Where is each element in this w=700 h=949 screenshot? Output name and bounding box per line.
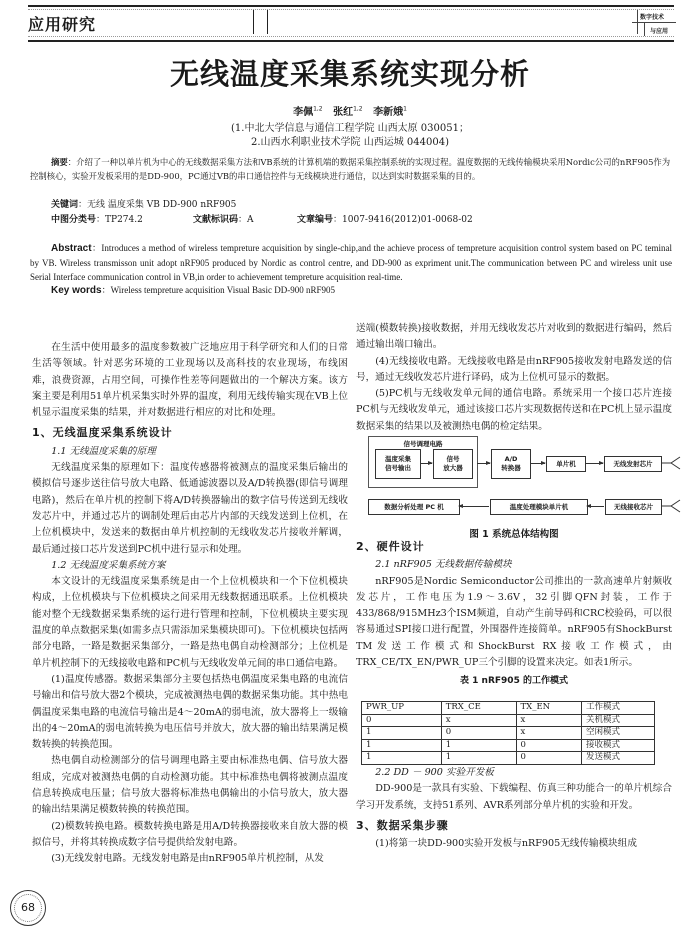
doc-code: 文献标识码：A — [193, 212, 254, 225]
table-cell: 发送模式 — [582, 752, 655, 765]
section-heading: 1、无线温度采集系统设计 — [32, 425, 348, 441]
body-column-right-mid: 2、硬件设计 2.1 nRF905 无线数据传输模块 nRF905是Nordic… — [356, 539, 672, 690]
table-caption: 表 1 nRF905 的工作模式 — [356, 673, 672, 689]
page-number: 68 — [11, 901, 45, 914]
table-cell: 空闲模式 — [582, 727, 655, 740]
affiliation-line: 2.山西水利职业技术学院 山西运城 044004) — [0, 133, 700, 148]
arrow-left-icon — [459, 506, 489, 507]
body-column-right-bottom: 2.2 DD － 900 实验开发板 DD-900是一款具有实验、下载编程、仿真… — [356, 765, 672, 852]
abstract-en-text: ：Introduces a method of wireless tempret… — [30, 243, 672, 282]
header-rule-bottom-dotted — [28, 36, 674, 37]
diagram-block-rf-receiver: 无线接收芯片 — [605, 499, 662, 515]
table-header-cell: 工作模式 — [582, 702, 655, 715]
author-name: 李新娥 — [373, 107, 403, 118]
header-divider-bar — [253, 10, 254, 34]
paragraph: 本文设计的无线温度采集系统是由一个上位机模块和一个下位机模块构成，上位机模块与下… — [32, 574, 348, 672]
page-number-badge: 68 — [10, 890, 46, 926]
clc-value: ：TP274.2 — [96, 215, 143, 225]
table-cell: x — [516, 714, 582, 727]
header-rule-bottom — [28, 40, 674, 42]
table-header-cell: TRX_CE — [441, 702, 516, 715]
system-structure-diagram: 信号调理电路 温度采集 信号输出 信号 放大器 A/D 转换器 单片机 无线发射… — [360, 436, 688, 528]
subsection-heading: 2.2 DD － 900 实验开发板 — [356, 765, 672, 781]
diagram-block-mcu: 单片机 — [546, 456, 586, 472]
arrow-right-icon — [585, 463, 603, 464]
table-cell: x — [441, 714, 516, 727]
paragraph: (1)温度传感器。数据采集部分主要包括热电偶温度采集电路的电流信号输出和信号放大… — [32, 672, 348, 753]
table-cell: 1 — [441, 739, 516, 752]
clc-label: 中图分类号 — [51, 215, 96, 225]
section-heading: 2、硬件设计 — [356, 539, 672, 555]
header-rule-top — [28, 5, 674, 7]
keywords-en-label: Key words — [51, 285, 102, 296]
table-cell: 1 — [362, 727, 442, 740]
arrow-right-icon — [477, 463, 490, 464]
paragraph: (5)PC机与无线收发单元间的通信电路。系统采用一个接口芯片连接PC机与无线收发… — [356, 386, 672, 435]
arrow-left-icon — [587, 506, 604, 507]
keywords-cn-text: ：无线 温度采集 VB DD-900 nRF905 — [78, 200, 236, 210]
arrow-right-icon — [530, 463, 545, 464]
article-title: 无线温度采集系统实现分析 — [0, 52, 700, 93]
paragraph: 送端(模数转换)接收数据，并用无线收发芯片对收到的数据进行编码，然后通过输出端口… — [356, 321, 672, 354]
article-number-label: 文章编号 — [297, 215, 333, 225]
table-cell: x — [516, 727, 582, 740]
paragraph: nRF905是Nordic Semiconductor公司推出的一款高速单片射频… — [356, 574, 672, 672]
table-cell: 0 — [516, 752, 582, 765]
keywords-cn: 关键词：无线 温度采集 VB DD-900 nRF905 — [51, 197, 236, 210]
section-name: 应用研究 — [28, 12, 96, 35]
antenna-icon — [661, 498, 681, 514]
abstract-en: Abstract：Introduces a method of wireless… — [30, 241, 672, 284]
author-affil-sup: 1 — [403, 106, 407, 113]
author-name: 张红 — [333, 107, 353, 118]
diagram-block-amplifier: 信号 放大器 — [433, 449, 473, 479]
author-name: 李佩 — [293, 107, 313, 118]
article-number-value: ：1007-9416(2012)01-0068-02 — [333, 215, 473, 225]
paragraph: (3)无线发射电路。无线发射电路是由nRF905单片机控制，从发 — [32, 851, 348, 867]
subsection-heading: 2.1 nRF905 无线数据传输模块 — [356, 557, 672, 573]
journal-logo-line2: 与应用 — [650, 26, 668, 35]
paragraph: 热电偶自动检测部分的信号调理电路主要由标准热电偶、信号放大器组成，完成对被测热电… — [32, 753, 348, 818]
diagram-block-adc: A/D 转换器 — [491, 449, 531, 479]
table-cell: 0 — [362, 714, 442, 727]
table-row: 1 1 0 发送模式 — [362, 752, 655, 765]
diagram-block-temp-signal: 温度采集 信号输出 — [375, 449, 421, 479]
keywords-en-text: ：Wireless tempreture acquisition Visual … — [102, 285, 335, 295]
body-column-right-top: 送端(模数转换)接收数据，并用无线收发芯片对收到的数据进行编码，然后通过输出端口… — [356, 321, 672, 435]
paragraph: DD-900是一款具有实验、下载编程、仿真三种功能合一的单片机综合学习开发系统，… — [356, 781, 672, 814]
paragraph: 无线温度采集的原理如下：温度传感器将被测点的温度采集后输出的模拟信号逐步送往信号… — [32, 460, 348, 558]
subsection-heading: 1.1 无线温度采集的原理 — [32, 444, 348, 460]
diagram-block-pc: 数据分析处理 PC 机 — [368, 499, 460, 515]
work-mode-table: PWR_UP TRX_CE TX_EN 工作模式 0 x x 关机模式 1 0 … — [361, 701, 655, 765]
figure-caption: 图 1 系统总体结构图 — [356, 526, 672, 540]
affiliation-line: (1.中北大学信息与通信工程学院 山西太原 030051； — [0, 119, 700, 134]
journal-logo: 数字技术 与应用 — [632, 8, 680, 38]
abstract-cn: 摘要：介绍了一种以单片机为中心的无线数据采集方法和VB系统的计算机端的数据采集控… — [30, 155, 672, 183]
doc-code-value: ：A — [238, 215, 254, 225]
header-divider-bar — [267, 10, 268, 34]
table-row: 1 0 x 空闲模式 — [362, 727, 655, 740]
keywords-cn-label: 关键词 — [51, 200, 78, 210]
table-header-cell: TX_EN — [516, 702, 582, 715]
table-cell: 1 — [362, 752, 442, 765]
clc-code: 中图分类号：TP274.2 — [51, 212, 143, 225]
journal-logo-line1: 数字技术 — [640, 12, 664, 21]
table-cell: 1 — [362, 739, 442, 752]
author-affil-sup: 1,2 — [313, 106, 323, 113]
subsection-heading: 1.2 无线温度采集系统方案 — [32, 558, 348, 574]
section-heading: 3、数据采集步骤 — [356, 818, 672, 834]
author-list: 李佩1,2 张红1,2 李新娥1 — [0, 103, 700, 118]
antenna-icon — [661, 455, 681, 471]
abstract-cn-text: ：介绍了一种以单片机为中心的无线数据采集方法和VB系统的计算机端的数据采集控制系… — [30, 157, 670, 181]
doc-code-label: 文献标识码 — [193, 215, 238, 225]
table-header-cell: PWR_UP — [362, 702, 442, 715]
diagram-block-processing-mcu: 温度处理模块单片机 — [490, 499, 588, 515]
paragraph: (2)模数转换电路。模数转换电路是用A/D转换器接收来自放大器的模拟信号，并将其… — [32, 819, 348, 852]
group-label: 信号调理电路 — [369, 439, 477, 448]
table-cell: 0 — [516, 739, 582, 752]
table-cell: 0 — [441, 727, 516, 740]
intro-paragraph: 在生活中使用最多的温度参数被广泛地应用于科学研究和人们的日常生活等领域。针对恶劣… — [32, 340, 348, 421]
article-number: 文章编号：1007-9416(2012)01-0068-02 — [297, 212, 473, 225]
arrow-right-icon — [420, 463, 432, 464]
table-row: 0 x x 关机模式 — [362, 714, 655, 727]
body-column-left: 在生活中使用最多的温度参数被广泛地应用于科学研究和人们的日常生活等领域。针对恶劣… — [32, 340, 348, 868]
table-cell: 关机模式 — [582, 714, 655, 727]
header-rule-top-dotted — [28, 9, 674, 10]
table-row: 1 1 0 接收模式 — [362, 739, 655, 752]
abstract-cn-label: 摘要 — [51, 157, 68, 167]
table-cell: 1 — [441, 752, 516, 765]
paragraph: (4)无线接收电路。无线接收电路是由nRF905接收发射电路发送的信号，通过无线… — [356, 354, 672, 387]
abstract-en-label: Abstract — [51, 243, 92, 254]
paragraph: (1)将第一块DD-900实验开发板与nRF905无线传输模块组成 — [356, 836, 672, 852]
diagram-block-rf-transmitter: 无线发射芯片 — [604, 456, 662, 472]
author-affil-sup: 1,2 — [353, 106, 363, 113]
keywords-en: Key words：Wireless tempreture acquisitio… — [51, 283, 651, 298]
table-header-row: PWR_UP TRX_CE TX_EN 工作模式 — [362, 702, 655, 715]
table-cell: 接收模式 — [582, 739, 655, 752]
